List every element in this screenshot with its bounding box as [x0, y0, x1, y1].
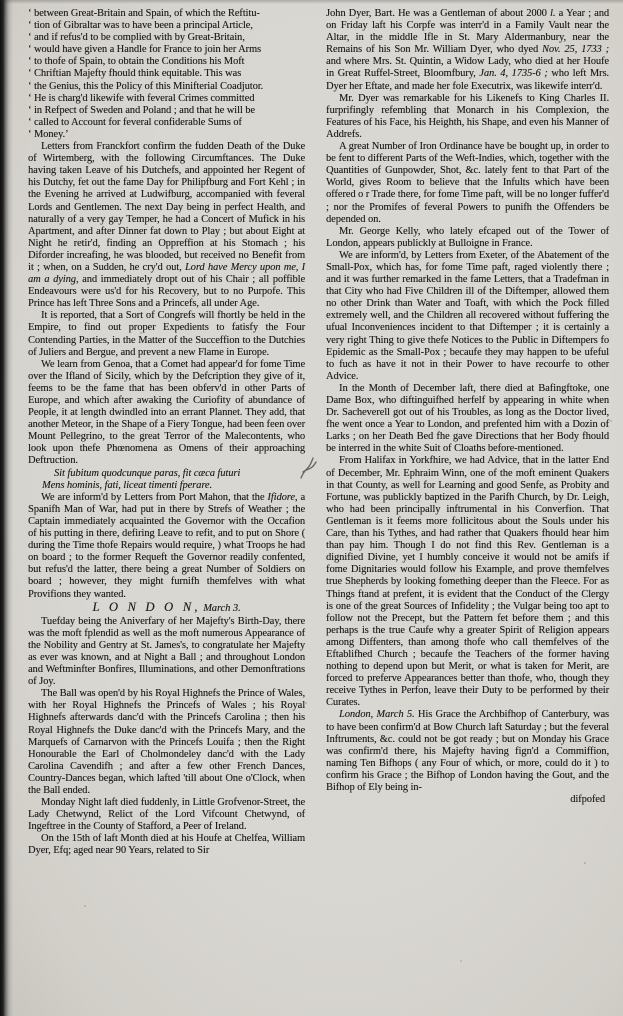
text-run: We are inform'd by Letters from Port Mah…: [41, 492, 267, 503]
quoted-line: ‘ would have given a Handle for France t…: [28, 44, 305, 56]
paragraph: A great Number of Iron Ordinance have be…: [326, 141, 609, 226]
text-run: We learn from Genoa, that a Comet had ap…: [28, 359, 305, 467]
text-run: Monday Night laft died fuddenly, in Litt…: [28, 797, 305, 832]
text-run: Jan. 4, 1735-6 ;: [479, 68, 547, 79]
text-run: On the 15th of laft Month died at his Ho…: [28, 833, 305, 856]
text-run: We are inform'd, by Letters from Exeter,…: [326, 250, 609, 382]
paragraph: John Dyer, Bart. He was a Gentleman of a…: [326, 8, 609, 93]
paragraph: The Ball was open'd by his Royal Highnef…: [28, 688, 305, 797]
text-run: Tuefday being the Aniverfary of her Maje…: [28, 616, 305, 687]
paragraph: Tuefday being the Aniverfary of her Maje…: [28, 616, 305, 689]
text-run: , a Spanifh Man of War, had put in there…: [28, 492, 305, 600]
text-run: Letters from Franckfort confirm the fudd…: [28, 141, 305, 273]
quoted-line: ‘ called to Account for feveral confider…: [28, 117, 305, 129]
text-run: A great Number of Iron Ordinance have be…: [326, 141, 609, 225]
text-run: John Dyer, Bart. He was a Gentleman of a…: [326, 8, 550, 19]
quoted-line: ‘ and if refus'd to be complied with by …: [28, 32, 305, 44]
quoted-line: ‘ Money.’: [28, 129, 305, 141]
text-run: London, March 5.: [339, 709, 415, 720]
text-run: Nov. 25, 1733 ;: [542, 44, 609, 55]
catchword: difpofed: [326, 794, 609, 806]
verse-line: Sit fubitum quodcunque paras, fit cæca f…: [28, 468, 305, 480]
paragraph: On the 15th of laft Month died at his Ho…: [28, 833, 305, 857]
text-run: Mr. George Kelly, who lately efcaped out…: [326, 226, 609, 249]
paragraph: Mr. George Kelly, who lately efcaped out…: [326, 226, 609, 250]
paragraph: In the Month of December laft, there die…: [326, 383, 609, 456]
text-run: From Halifax in Yorkfhire, we had Advice…: [326, 455, 609, 708]
paragraph: London, March 5. His Grace the Archbifho…: [326, 709, 609, 794]
section-heading: L O N D O N, March 3.: [28, 601, 305, 615]
heading-text: L O N D O N,: [93, 600, 201, 614]
quoted-line: ‘ Chriftian Majefty fhould think equitab…: [28, 68, 305, 80]
newspaper-page: ‘ between Great-Britain and Spain, of wh…: [0, 0, 623, 1016]
text-run: His Grace the Archbifhop of Canterbury, …: [326, 709, 609, 793]
text-run: The Ball was open'd by his Royal Highnef…: [28, 688, 305, 796]
paragraph: We are inform'd, by Letters from Exeter,…: [326, 250, 609, 383]
text-run: It is reported, that a Sort of Congrefs …: [28, 310, 305, 357]
quoted-line: ‘ between Great-Britain and Spain, of wh…: [28, 8, 305, 20]
scan-top-shadow: [0, 0, 623, 4]
heading-text: March 3.: [201, 603, 241, 614]
paragraph: Mr. Dyer was remarkable for his Likenefs…: [326, 93, 609, 141]
quoted-line: ‘ He is charg'd likewife with feveral Cr…: [28, 93, 305, 105]
text-run: In the Month of December laft, there die…: [326, 383, 609, 454]
quoted-line: ‘ tion of Gibraltar was to have been a p…: [28, 20, 305, 32]
quoted-line: ‘ to thofe of Spain, to obtain the Condi…: [28, 56, 305, 68]
text-run: Mr. Dyer was remarkable for his Likenefs…: [326, 93, 609, 140]
scan-dark-edge: [0, 0, 13, 1016]
paragraph: We are inform'd by Letters from Port Mah…: [28, 492, 305, 601]
quoted-line: ‘ in Refpect of Sweden and Poland ; and …: [28, 105, 305, 117]
paragraph: It is reported, that a Sort of Congrefs …: [28, 310, 305, 358]
text-run: Ifidore: [267, 492, 295, 503]
verse-line: Mens hominis, fati, liceat timenti fpera…: [28, 480, 305, 492]
column-left: ‘ between Great-Britain and Spain, of wh…: [28, 8, 305, 858]
quoted-line: ‘ the Genius, this the Policy of this Mi…: [28, 81, 305, 93]
paragraph: Monday Night laft died fuddenly, in Litt…: [28, 797, 305, 833]
handwritten-ink-mark: [299, 452, 321, 482]
text-columns: ‘ between Great-Britain and Spain, of wh…: [28, 8, 609, 858]
column-right: John Dyer, Bart. He was a Gentleman of a…: [326, 8, 609, 858]
paragraph: Letters from Franckfort confirm the fudd…: [28, 141, 305, 310]
paragraph: We learn from Genoa, that a Comet had ap…: [28, 359, 305, 468]
paragraph: From Halifax in Yorkfhire, we had Advice…: [326, 455, 609, 709]
paper-specks: [0, 0, 2, 2]
